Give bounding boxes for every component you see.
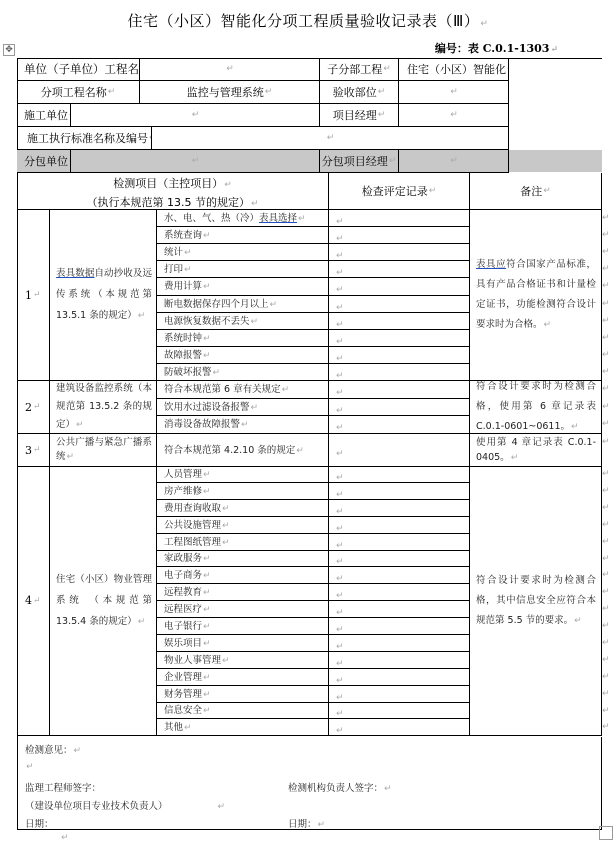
inspection-item: 电源恢复数据不丢失↵ <box>157 313 329 330</box>
row-end-mark: ↵ <box>602 333 610 343</box>
group-number: 3↵ <box>17 434 50 467</box>
inspection-item: 远程医疗↵ <box>157 601 329 618</box>
row-end-mark: ↵ <box>602 537 610 547</box>
group-number: 1↵ <box>17 210 50 381</box>
inspection-record-field[interactable]: ↵ <box>329 381 470 399</box>
sub-division-field[interactable]: 住宅（小区）智能化↵ <box>399 58 509 81</box>
construction-unit-field[interactable]: ↵ <box>71 104 320 127</box>
inspection-record-field[interactable]: ↵ <box>329 618 470 635</box>
inspection-item: 财务管理↵ <box>157 686 329 703</box>
inspection-record-field[interactable]: ↵ <box>329 227 470 244</box>
inspection-record-field[interactable]: ↵ <box>329 551 470 567</box>
row-end-mark: ↵ <box>602 230 610 240</box>
document-title: 住宅（小区）智能化分项工程质量验收记录表（Ⅲ）↵ <box>0 10 616 31</box>
row-end-mark: ↵ <box>602 437 610 447</box>
row-end-mark: ↵ <box>602 486 610 496</box>
sub-item-field[interactable]: 监控与管理系统↵ <box>140 81 320 104</box>
inspection-record-field[interactable]: ↵ <box>329 635 470 652</box>
inspection-record-field[interactable]: ↵ <box>329 686 470 703</box>
standard-label: 施工执行标准名称及编号↵ <box>17 127 152 150</box>
unit-project-field[interactable]: ↵ <box>140 58 320 81</box>
group-name: 公共广播与紧急广播系统↵ <box>50 434 157 467</box>
inspection-item: 工程图纸管理↵ <box>157 534 329 551</box>
row-end-mark: ↵ <box>602 281 610 291</box>
inspection-record-field[interactable]: ↵ <box>329 534 470 551</box>
inspection-record-field[interactable]: ↵ <box>329 567 470 584</box>
sub-item-label: 分项工程名称↵ <box>17 81 140 104</box>
row-end-mark: ↵ <box>602 213 610 223</box>
row-end-mark: ↵ <box>602 402 610 412</box>
inspection-record-field[interactable]: ↵ <box>329 601 470 618</box>
unit-project-label: 单位（子单位）工程名称↵ <box>17 58 140 81</box>
inspection-record-field[interactable]: ↵ <box>329 210 470 227</box>
row-end-mark: ↵ <box>602 689 610 699</box>
opinion-label: 检测意见：↵ <box>25 742 81 756</box>
inspector-sign-label: 检测机构负责人签字：↵ <box>288 780 392 794</box>
inspection-item: 故障报警↵ <box>157 347 329 364</box>
inspection-record-field[interactable]: ↵ <box>329 434 470 467</box>
remarks-header: 备注↵ <box>470 173 602 210</box>
inspection-item: 断电数据保存四个月以上↵ <box>157 296 329 313</box>
inspection-item: 其他↵ <box>157 719 329 736</box>
inspection-item: 系统时钟↵ <box>157 330 329 347</box>
inspection-item: 信息安全↵ <box>157 703 329 719</box>
inspection-record-field[interactable]: ↵ <box>329 669 470 686</box>
inspection-record-field[interactable]: ↵ <box>329 244 470 261</box>
inspection-record-field[interactable]: ↵ <box>329 278 470 296</box>
group-name: 表具数据自动抄收及远传系统（本规范第 13.5.1 条的规定）↵ <box>50 210 157 381</box>
inspection-item: 防破坏报警↵ <box>157 364 329 381</box>
inspection-item: 水、电、气、热（冷）表具选择↵ <box>157 210 329 227</box>
inspection-item: 人员管理↵ <box>157 466 329 483</box>
row-end-mark: ↵ <box>602 655 610 665</box>
inspection-item: 消毒设备故障报警↵ <box>157 416 329 434</box>
inspection-item: 打印↵ <box>157 261 329 278</box>
group-name: 建筑设备监控系统（本规范第 13.5.2 条的规定）↵ <box>50 381 157 434</box>
row-end-mark: ↵ <box>602 367 610 377</box>
inspection-record-field[interactable]: ↵ <box>329 517 470 534</box>
inspection-item: 家政服务↵ <box>157 551 329 567</box>
group-number: 2↵ <box>17 381 50 434</box>
row-end-mark: ↵ <box>602 638 610 648</box>
inspection-item: 符合本规范第 6 章有关规定↵ <box>157 381 329 399</box>
inspection-record-field[interactable]: ↵ <box>329 416 470 434</box>
sub-division-label: 子分部工程↵ <box>320 58 399 81</box>
inspection-item: 电子银行↵ <box>157 618 329 635</box>
inspection-item: 统计↵ <box>157 244 329 261</box>
project-manager-label: 项目经理↵ <box>320 104 399 127</box>
inspection-record-field[interactable]: ↵ <box>329 313 470 330</box>
row-end-mark: ↵ <box>602 316 610 326</box>
row-end-mark: ↵ <box>602 384 610 394</box>
row-end-mark: ↵ <box>602 554 610 564</box>
group-remark: 符合设计要求时为检测合格，使用第 6 章记录表 C.0.1-0601~0611。… <box>470 381 602 434</box>
inspection-record-field[interactable]: ↵ <box>329 347 470 364</box>
row-end-mark: ↵ <box>602 247 610 257</box>
sub-manager-label: 分包项目经理↵ <box>320 150 399 173</box>
inspection-record-field[interactable]: ↵ <box>329 703 470 719</box>
group-remark: 表具应符合国家产品标准，具有产品合格证书和计量检定证书，功能检测符合设计要求时为… <box>470 210 602 381</box>
opinion-field[interactable]: ↵ <box>25 761 34 772</box>
subcontractor-label: 分包单位↵ <box>17 150 71 173</box>
shade-overflow <box>509 150 602 172</box>
sub-manager-field[interactable]: ↵ <box>399 150 509 173</box>
inspection-item: 费用计算↵ <box>157 278 329 296</box>
inspection-record-field[interactable]: ↵ <box>329 296 470 313</box>
row-end-mark: ↵ <box>602 503 610 513</box>
inspection-record-field[interactable]: ↵ <box>329 364 470 381</box>
date-right-label: 日期：↵ <box>288 816 325 830</box>
row-end-mark: ↵ <box>602 299 610 309</box>
table-resize-handle[interactable] <box>599 826 613 840</box>
supervisor-sign-label: 监理工程师签字： <box>25 780 101 794</box>
table-move-handle-icon[interactable]: ✥ <box>3 44 15 56</box>
form-code: 编号：表 C.0.1-1303↵ <box>435 40 558 56</box>
inspection-item: 饮用水过滤设备报警↵ <box>157 399 329 416</box>
row-end-mark: ↵ <box>602 587 610 597</box>
project-manager-field[interactable]: ↵ <box>399 104 509 127</box>
row-end-mark: ↵ <box>602 264 610 274</box>
inspection-item: 物业人事管理↵ <box>157 652 329 669</box>
items-header: 检测项目（主控项目）↵ （执行本规范第 13.5 节的规定）↵ <box>17 173 329 210</box>
inspection-item: 房产维修↵ <box>157 483 329 500</box>
row-end-mark: ↵ <box>602 722 610 732</box>
row-end-mark: ↵ <box>602 621 610 631</box>
standard-field[interactable]: ↵ <box>152 127 509 150</box>
row-end-mark: ↵ <box>602 706 610 716</box>
group-number: 4↵ <box>17 466 50 736</box>
inspection-record-field[interactable]: ↵ <box>329 584 470 601</box>
inspection-item: 远程教育↵ <box>157 584 329 601</box>
inspection-record-field[interactable]: ↵ <box>329 466 470 483</box>
row-end-mark: ↵ <box>602 570 610 580</box>
group-remark: 符合设计要求时为检测合格，其中信息安全应符合本规范第 5.5 节的要求。↵ <box>470 466 602 736</box>
inspection-item: 费用查询收取↵ <box>157 500 329 517</box>
inspection-record-field[interactable]: ↵ <box>329 719 470 736</box>
trailing-paragraph-mark: ↵ <box>60 832 69 843</box>
inspection-record-field[interactable]: ↵ <box>329 652 470 669</box>
inspection-record-field[interactable]: ↵ <box>329 330 470 347</box>
record-header: 检查评定记录↵ <box>329 173 470 210</box>
row-end-mark: ↵ <box>602 350 610 360</box>
row-end-mark: ↵ <box>602 604 610 614</box>
inspection-item: 电子商务↵ <box>157 567 329 584</box>
date-left-label: 日期： <box>25 816 54 830</box>
acceptance-part-field[interactable]: ↵ <box>399 81 509 104</box>
inspection-item: 系统查询↵ <box>157 227 329 244</box>
inspection-record-field[interactable]: ↵ <box>329 399 470 416</box>
row-end-mark: ↵ <box>602 419 610 429</box>
subcontractor-field[interactable]: ↵ <box>71 150 320 173</box>
row-end-mark: ↵ <box>602 520 610 530</box>
inspection-item: 娱乐项目↵ <box>157 635 329 652</box>
construction-unit-label: 施工单位↵ <box>17 104 71 127</box>
group-name: 住宅（小区）物业管理系统 （本规范第 13.5.4 条的规定）↵ <box>50 466 157 736</box>
inspection-record-field[interactable]: ↵ <box>329 483 470 500</box>
inspection-record-field[interactable]: ↵ <box>329 261 470 278</box>
row-end-mark: ↵ <box>602 469 610 479</box>
row-end-mark: ↵ <box>602 672 610 682</box>
supervisor-note: （建设单位项目专业技术负责人）↵ <box>25 798 225 812</box>
acceptance-part-label: 验收部位↵ <box>320 81 399 104</box>
inspection-record-field[interactable]: ↵ <box>329 500 470 517</box>
inspection-item: 符合本规范第 4.2.10 条的规定↵ <box>157 434 329 467</box>
group-remark: 使用第 4 章记录表 C.0.1-0405。↵ <box>470 434 602 467</box>
inspection-item: 公共设施管理↵ <box>157 517 329 534</box>
inspection-item: 企业管理↵ <box>157 669 329 686</box>
